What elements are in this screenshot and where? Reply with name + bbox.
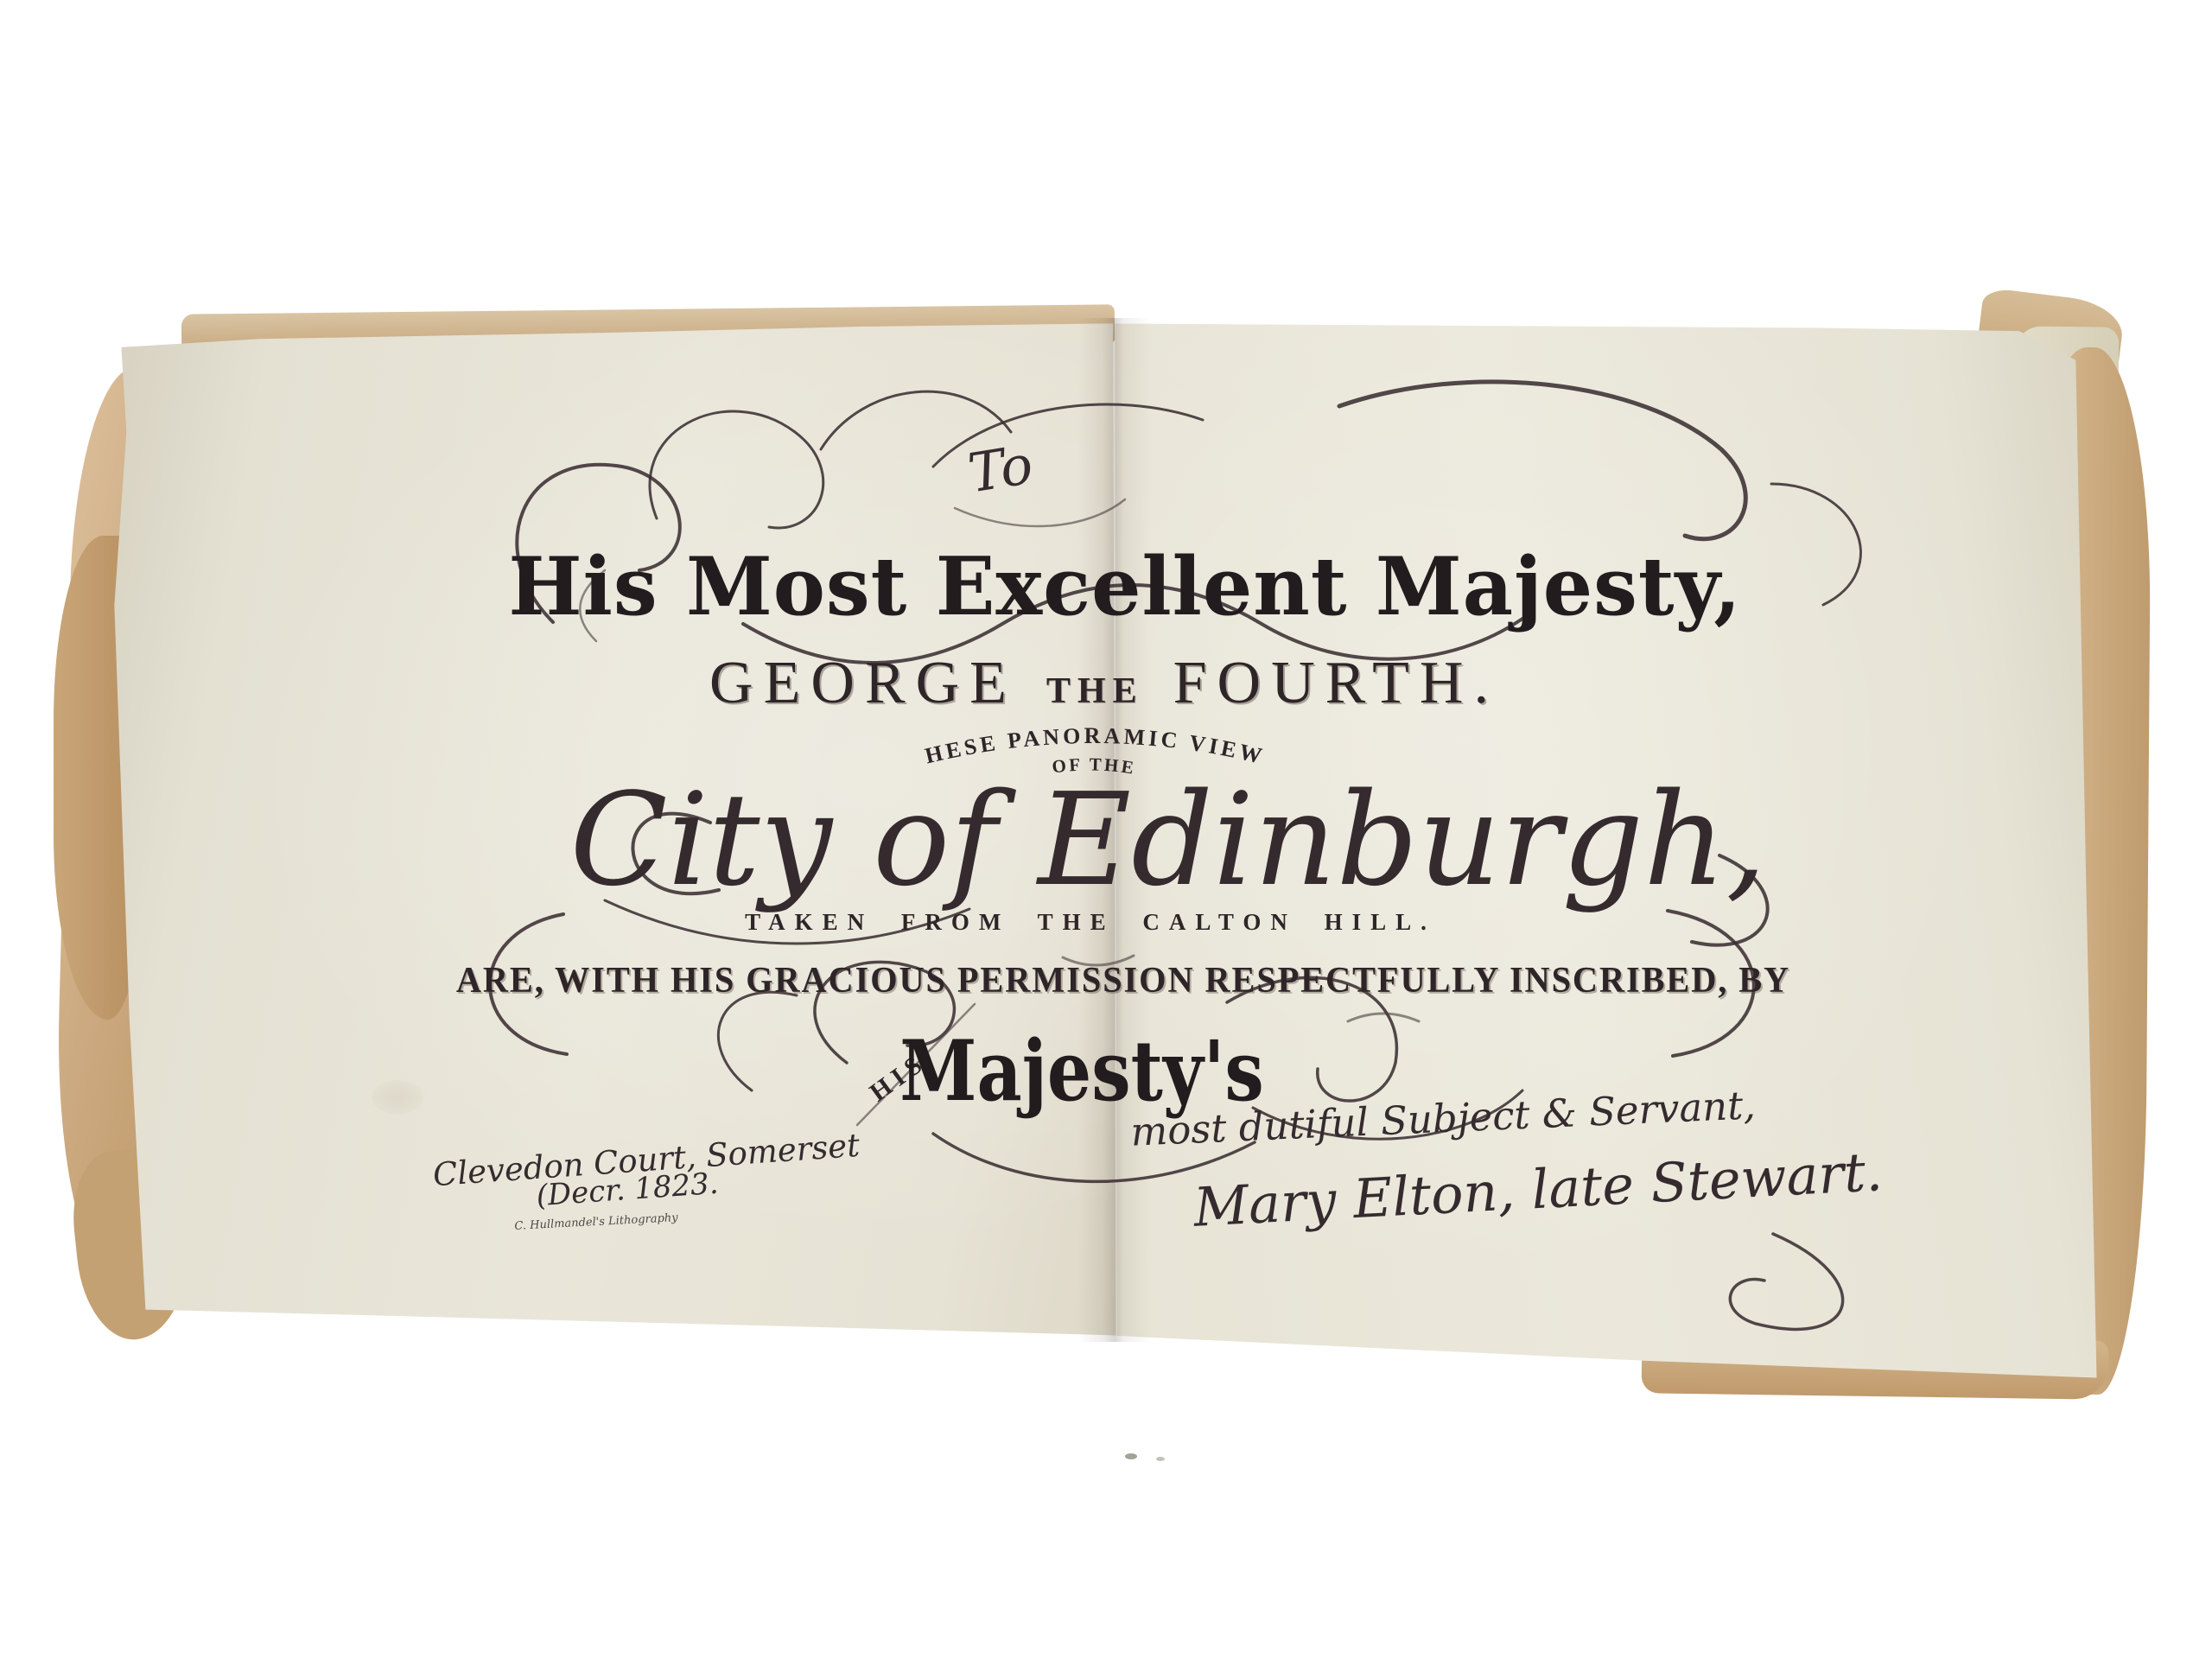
- dedication-title: His Most Excellent Majesty,: [508, 546, 1741, 626]
- taken-from-line: TAKEN FROM THE CALTON HILL.: [745, 911, 1436, 934]
- city-of-edinburgh-line: City of Edinburgh,: [570, 776, 1767, 904]
- king-name-line: GEORGE THE FOURTH.: [709, 653, 1499, 714]
- majestys-word: Majesty's: [899, 1030, 1264, 1113]
- king-name-george: GEORGE: [709, 653, 1017, 714]
- dedication-salutation: To: [965, 438, 1037, 501]
- king-name-fourth: FOURTH.: [1173, 653, 1499, 714]
- king-name-the: THE: [1046, 673, 1144, 709]
- inscription-line: ARE, WITH HIS GRACIOUS PERMISSION RESPEC…: [456, 963, 1790, 999]
- open-book: THESE PANORAMIC VIEWS OF THE To His Most…: [0, 0, 2212, 1659]
